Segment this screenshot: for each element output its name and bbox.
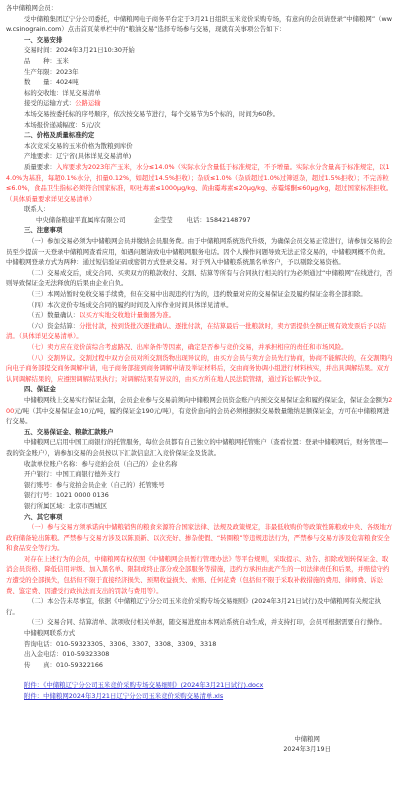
field-account-number: 银行账号：参与竞拍会员企业（自己的）托管账号 [24, 480, 393, 491]
rule-order: 本场交易按委托标的序号顺序，依次按交易节进行，每个交易节为5个标的，时间为60秒… [24, 109, 393, 120]
contact-fax: 传 真：010-59322166 [24, 660, 393, 671]
field-production-year: 生产年限：2023年 [24, 67, 393, 78]
greeting: 各中储粮网会员： [6, 3, 393, 14]
section1-title: 一、交易安排 [6, 35, 393, 46]
notice-item-2: （二）交易成交后，成交合同、买卖双方的粮款收付、交割、结算等所有与合同执行相关的… [6, 268, 393, 289]
contacts-title: 中储粮网联系方式 [6, 628, 393, 639]
quality-requirement: 质量要求：入库要求为2023年产玉米，水分≤14.0%（实际水分含量低于标准规定… [6, 162, 393, 204]
attachment-trade-list-xls[interactable]: 附件：中储粮网2024年3月21日辽宁分公司玉米竞价采购交易清单.xls [6, 691, 393, 702]
signature-org: 中储粮网 [283, 734, 331, 745]
section5-title: 五、交易保证金、粮款汇款账户 [6, 427, 393, 438]
account-paragraph: 中储粮网已启用中国工商银行的托管服务，每位会员都有自己独立的中储粮网托管账户（查… [6, 437, 393, 458]
field-delivery-location: 标的交收地：详见交易清单 [24, 88, 393, 99]
contact-label: 联系人： [6, 204, 393, 215]
origin-requirement: 产地要求：辽宁省(具体详见交易清单) [6, 151, 393, 162]
attachment-rules-docx[interactable]: 附件：《中储粮辽宁分公司玉米竞价采购专场交易细则》(2024年3月21日试行).… [6, 680, 393, 691]
other-item-1: （一）参与交易方须承诺向中储粮销售的粮食来源符合国家法律、法规及政策规定，非最低… [6, 522, 393, 554]
notice-item-5: （五）数量确认：以买方实地交收地计量衡器为准。 [6, 310, 393, 321]
contact-funds-phone: 出入金电话：010-59323308 [24, 649, 393, 660]
notice-item-3: （三）本网站暂时免收交易手续费，但在交易中出现违约行为的，违约数量对应的交易保证… [6, 289, 393, 300]
field-variety: 品 种：玉米 [24, 56, 393, 67]
other-item-3: （三）交易合同、结算清单、款项收付相关单据，随交易进度由本网站系统自动生成，并支… [6, 617, 393, 628]
deposit-paragraph: 中储粮网线上交易实行保证金制，会员企业参与交易前须向中储粮网会员资金账户内预交交… [6, 395, 393, 427]
signature-date: 2024年3月19日 [283, 744, 331, 755]
notice-item-7: （七）卖方应在竞价前综合考虑路况、出库条件等因素，确定是否参与竞价交易，并承担相… [6, 342, 393, 353]
field-bank: 开户银行：中国工商银行德外支行 [24, 469, 393, 480]
contact-info: 中央储备粮建平直属库有限公司金莹莹电话：15842148797 [6, 215, 393, 226]
intro-paragraph: 受中储粮集团辽宁分公司委托，中储粮网电子商务平台定于3月21日组织玉米竞价采购专… [6, 14, 393, 35]
contact-company: 中央储备粮建平直属库有限公司 [36, 216, 125, 224]
signature-block: 中储粮网 2024年3月19日 [6, 734, 393, 758]
rule-step: 本场报价递减幅度：5元/次 [24, 120, 393, 131]
notice-item-4: （四）本次竞价专场成交合同的履约时间及入库作业时间具体详见清单。 [6, 300, 393, 311]
contact-name: 金莹莹 [153, 216, 172, 224]
contact-consult-phone: 咨询电话：010-59323305、3306、3307、3308、3309、33… [24, 639, 393, 650]
notice-item-1: （一）参加交易必须为中储粮网会员并缴纳会员服务费。由于中储粮网系统迭代升级，为确… [6, 236, 393, 268]
field-quantity: 数 量：4024吨 [24, 77, 393, 88]
notice-item-6: （六）资金结算：分批付款，按到货批次逐批确认、逐批付款，在结算最后一批粮款时，卖… [6, 321, 393, 342]
section2-title: 二、价格及质量标准约定 [6, 130, 393, 141]
notice-item-8: （八）交割异议。交割过程中双方会员对所交割货物出现异议的，由买方会员与卖方会员先… [6, 353, 393, 385]
announcement-document: 各中储粮网会员： 受中储粮集团辽宁分公司委托，中储粮网电子商务平台定于3月21日… [0, 0, 399, 758]
other-item-1b: 对存在上述行为的会员，中储粮网有权依照《中储粮网会员暂行管理办法》等平台规则，采… [6, 554, 393, 596]
field-transport: 接受的运输方式：公路运输 [24, 98, 393, 109]
section3-title: 三、注意事项 [6, 225, 393, 236]
field-trade-time: 交易时间：2024年3月21日10:30开始 [24, 45, 393, 56]
price-basis: 本次竞采交易的玉米价格为散粮到库价 [6, 141, 393, 152]
account-fields: 收款单位账户名称：参与竞拍会员（自己的）企业名称 开户银行：中国工商银行德外支行… [6, 459, 393, 512]
contacts-list: 咨询电话：010-59323305、3306、3307、3308、3309、33… [6, 639, 393, 671]
field-bank-region: 银行所属区域：北京市西城区 [24, 501, 393, 512]
field-account-name: 收款单位账户名称：参与竞拍会员（自己的）企业名称 [24, 459, 393, 470]
contact-phone: 15842148797 [206, 216, 251, 224]
field-bank-code: 银行行号：1021 0000 0136 [24, 490, 393, 501]
section1-fields: 交易时间：2024年3月21日10:30开始 品 种：玉米 生产年限：2023年… [6, 45, 393, 130]
section4-title: 四、保证金 [6, 384, 393, 395]
section6-title: 六、其它事项 [6, 512, 393, 523]
other-item-2: （二）本公告未尽事宜，依据《中储粮辽宁分公司玉米竞价采购专场交易细则》(2024… [6, 596, 393, 617]
